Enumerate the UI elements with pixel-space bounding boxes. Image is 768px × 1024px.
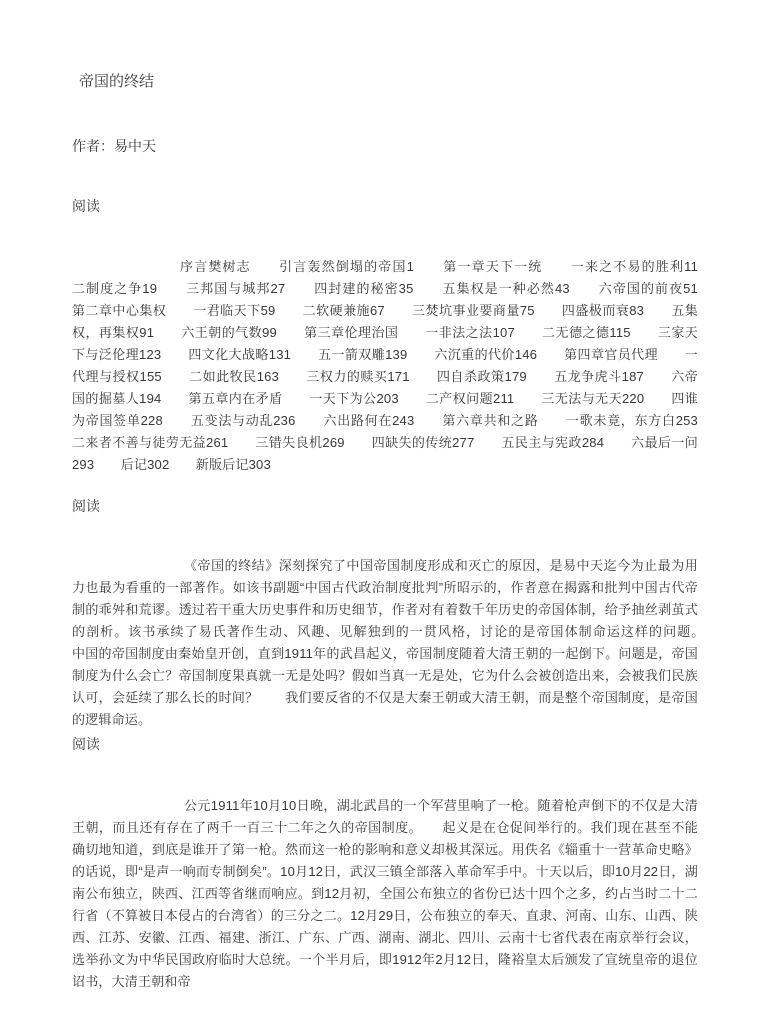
table-of-contents: 序言樊树志 引言轰然倒塌的帝国1 第一章天下一统 一来之不易的胜利11 二制度之… [72,256,698,476]
read-label-1: 阅读 [72,195,698,217]
author-line: 作者：易中天 [72,135,698,157]
body-paragraph: 公元1911年10月10日晚，湖北武昌的一个军营里响了一枪。随着枪声倒下的不仅是… [72,795,698,993]
document-page: 帝国的终结 作者：易中天 阅读 序言樊树志 引言轰然倒塌的帝国1 第一章天下一统… [0,0,768,1024]
read-label-2: 阅读 [72,495,698,517]
read-label-3: 阅读 [72,733,698,755]
overview-paragraph: 《帝国的终结》深刻探究了中国帝国制度形成和灭亡的原因，是易中天迄今为止最为用力也… [72,555,698,731]
document-title: 帝国的终结 [72,72,705,92]
